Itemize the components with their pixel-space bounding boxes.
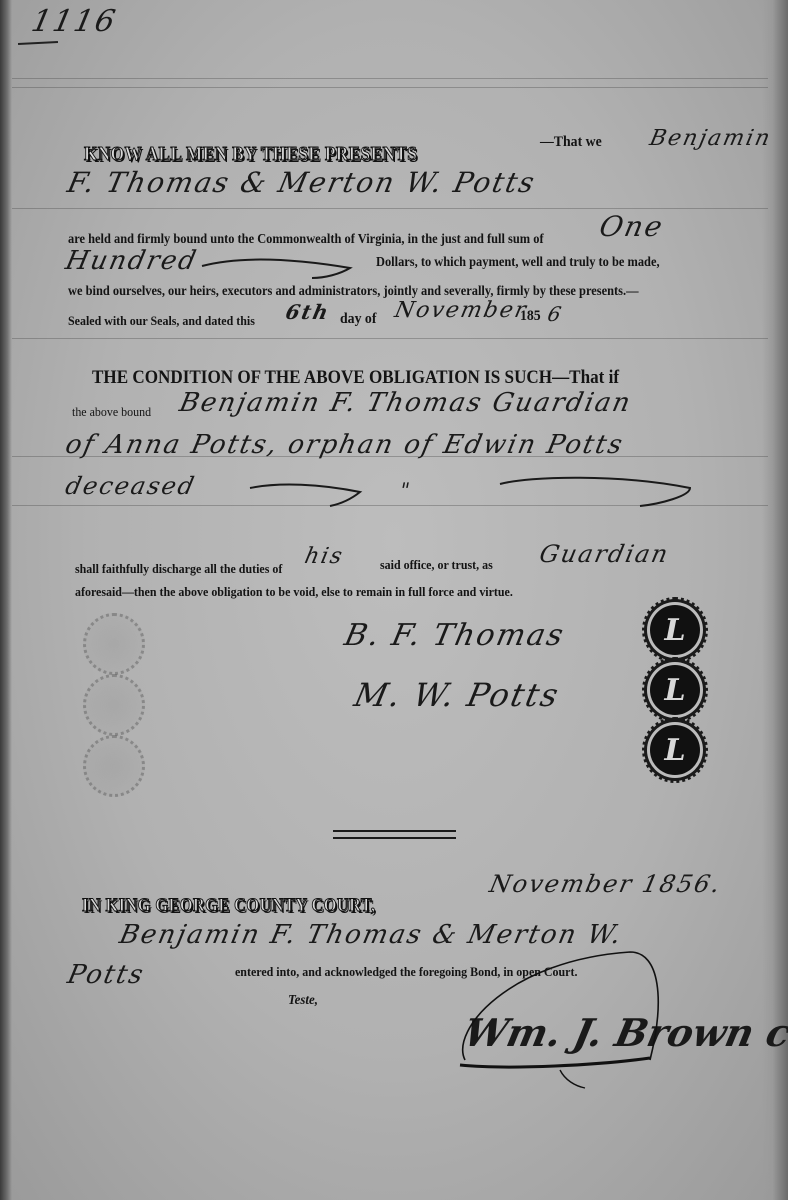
faded-seal-impression [83,613,145,675]
guardian-role: Guardian [537,540,672,568]
bound-text: are held and firmly bound unto the Commo… [68,231,544,247]
faded-seal-impression [83,735,145,797]
condition-line-1: Benjamin F. Thomas Guardian [177,388,635,418]
court-parties-line-2: Potts [65,960,148,990]
page-edge-left [0,0,12,1200]
ruled-line [12,338,768,339]
ruled-line [12,87,768,88]
ruled-line [12,78,768,79]
section-divider [333,830,456,839]
condition-line-3: deceased [63,472,198,500]
date-month: November [392,298,530,323]
header-tail: —That we [540,134,602,151]
date-day: 6th [283,300,332,324]
court-header: IN KING GEORGE COUNTY COURT, [82,895,375,917]
ruled-line [12,208,768,209]
signature-1: B. F. Thomas [341,618,568,653]
above-bound-text: the above bound [72,404,151,420]
faded-seal-impression [83,674,145,736]
court-date: November 1856. [487,870,724,898]
sealed-text: Sealed with our Seals, and dated this [68,313,255,329]
duty-pronoun: his [302,544,346,569]
dollars-text: Dollars, to which payment, well and trul… [376,254,660,270]
aforesaid-text: aforesaid—then the above obligation to b… [75,584,513,600]
bind-text: we bind ourselves, our heirs, executors … [68,283,639,299]
flourish-line [180,474,700,514]
day-of-text: day of [340,311,376,328]
date-year-prefix: 185 [520,308,541,325]
faithfully-text: shall faithfully discharge all the dutie… [75,561,282,577]
teste-label: Teste, [288,993,318,1009]
clerk-signature-flourish [450,940,690,1090]
page-number: 1116 [28,4,120,39]
signature-2: M. W. Potts [351,676,563,714]
flourish-line [200,248,360,280]
wax-seal-icon: L [650,725,700,775]
bond-header: KNOW ALL MEN BY THESE PRESENTS [84,143,417,166]
wax-seal-icon: L [650,605,700,655]
page-number-underline [18,41,58,45]
principal-names: F. Thomas & Merton W. Potts [64,166,539,199]
sum-amount-part1: One [596,210,667,243]
condition-line-2: of Anna Potts, orphan of Edwin Potts [63,430,627,460]
office-text: said office, or trust, as [380,557,493,573]
date-year-suffix: 6 [545,302,565,326]
principal-name-part1: Benjamin [647,126,774,151]
document-page: 1116 KNOW ALL MEN BY THESE PRESENTS —Tha… [0,0,788,1200]
wax-seal-icon: L [650,665,700,715]
condition-header: THE CONDITION OF THE ABOVE OBLIGATION IS… [92,367,619,389]
sum-amount-part2: Hundred [63,246,201,276]
